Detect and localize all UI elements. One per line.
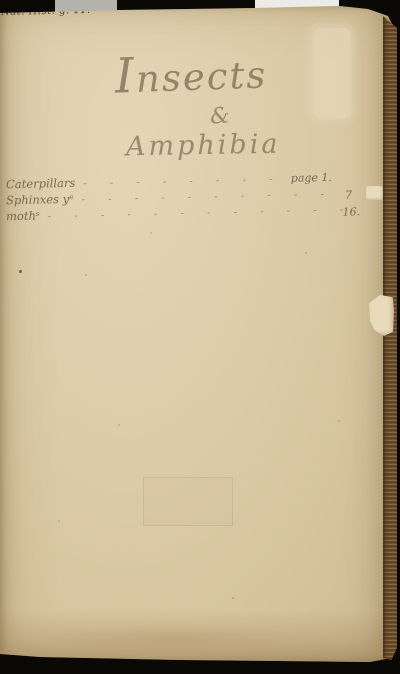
index-label: mothˢ bbox=[6, 209, 40, 224]
foxing-speck bbox=[150, 232, 152, 234]
foxing-speck bbox=[58, 520, 60, 522]
index-label: Sphinxes yᵉ bbox=[6, 192, 74, 208]
scanner-artifact-gray bbox=[55, 0, 117, 12]
foxing-speck bbox=[305, 252, 307, 254]
ink-show-through bbox=[143, 477, 233, 526]
index-page-number: page 1. bbox=[291, 171, 332, 185]
paper-patch bbox=[366, 186, 383, 200]
faded-label-patch bbox=[314, 28, 350, 118]
page-subtitle: Amphibia bbox=[126, 129, 281, 163]
foxing-speck bbox=[338, 420, 340, 422]
index-leader-dashes: - - - - - - - - - - - - - - - - - - - - bbox=[40, 205, 343, 223]
ampersand-text: & bbox=[209, 103, 230, 129]
manuscript-page: Nat. Hist. g. 11. Insects & Amphibia Cat… bbox=[0, 0, 397, 668]
index-label: Caterpillars bbox=[6, 176, 76, 192]
stain-blotch bbox=[40, 624, 300, 654]
page-title: Insects bbox=[85, 42, 297, 105]
foxing-speck bbox=[19, 270, 22, 273]
foxing-speck bbox=[118, 424, 120, 426]
foxing-speck bbox=[85, 274, 87, 276]
foxing-speck bbox=[232, 597, 234, 599]
index-page-number: 16. bbox=[342, 205, 360, 218]
index-page-number: 7 bbox=[345, 188, 352, 201]
